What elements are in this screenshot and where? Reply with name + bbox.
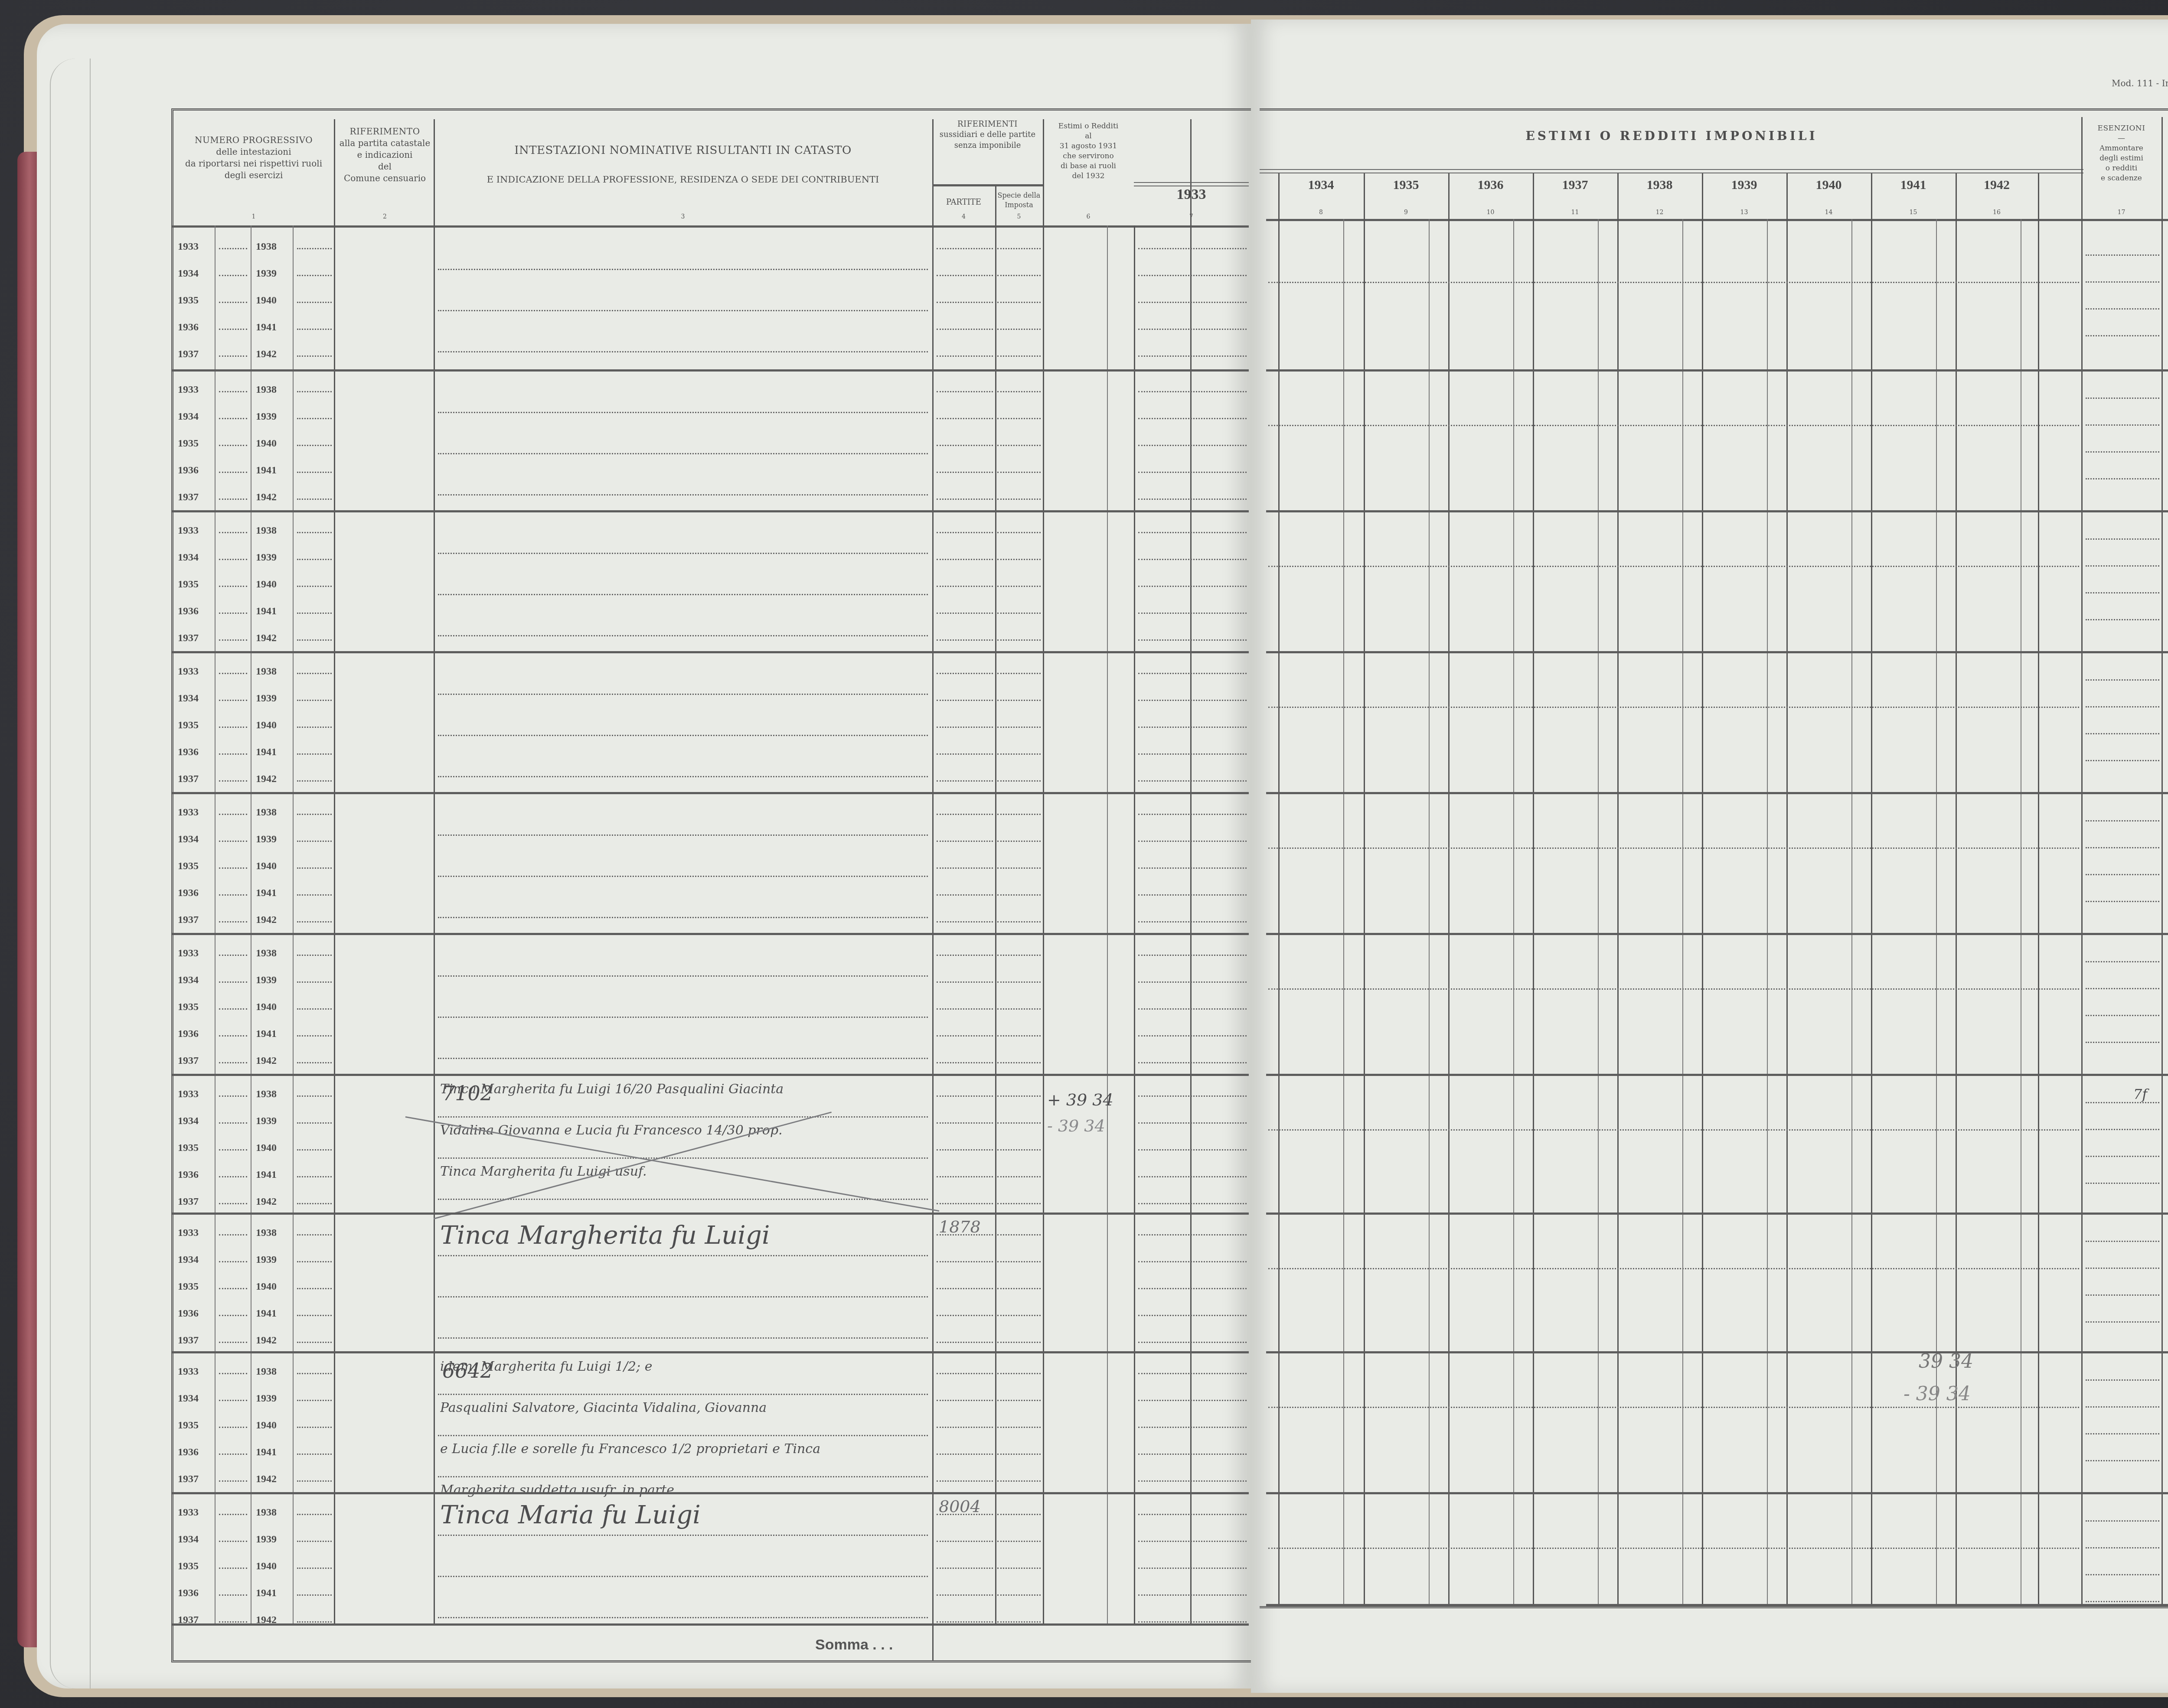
dotted-line	[219, 275, 247, 276]
year-label: 1937	[178, 914, 199, 926]
year-label: 1936	[178, 465, 199, 476]
dotted-line	[219, 867, 247, 869]
year-label: 1936	[178, 1447, 199, 1458]
year-label: 1936	[178, 322, 199, 333]
dotted-line	[937, 1541, 993, 1542]
dotted-line	[297, 673, 332, 674]
year-label: 1938	[256, 384, 277, 396]
dotted-line	[997, 814, 1041, 815]
year-label: 1939	[256, 1254, 277, 1266]
dotted-line	[297, 955, 332, 956]
header-riferimento-line: e indicazioni	[336, 149, 434, 161]
dotted-line	[937, 894, 993, 896]
year-label: 1934	[178, 1534, 199, 1545]
dotted-line	[219, 1008, 247, 1010]
page-edge-lines	[50, 59, 91, 1688]
year-label: 1939	[256, 1115, 277, 1127]
dotted-line	[997, 955, 1041, 956]
dotted-line	[2086, 706, 2159, 707]
dotted-line	[297, 1594, 332, 1596]
dotted-line	[1138, 1288, 1247, 1289]
dotted-line	[219, 1480, 247, 1482]
dotted-line	[297, 921, 332, 922]
dotted-line	[297, 472, 332, 473]
dotted-line	[297, 1480, 332, 1482]
column-divider	[2038, 173, 2039, 1604]
year-label: 1939	[256, 975, 277, 986]
year-label: 1935	[178, 579, 199, 590]
dotted-line	[219, 753, 247, 755]
dotted-line	[1138, 1315, 1247, 1316]
dotted-line	[1138, 753, 1247, 755]
dotted-line	[219, 1035, 247, 1037]
header-bottom-rule	[171, 225, 1249, 228]
value-1941-negative: - 39 34	[1904, 1383, 1971, 1405]
header-intestazioni-line: INTESTAZIONI NOMINATIVE RISULTANTI IN CA…	[434, 143, 932, 158]
column-divider	[1617, 173, 1619, 1604]
column-divider	[1786, 173, 1788, 1604]
dotted-line	[2086, 1406, 2159, 1408]
sub-header-rule	[932, 184, 1043, 186]
entry-partite: 1878	[939, 1217, 981, 1236]
dotted-line	[297, 499, 332, 500]
dotted-line	[997, 1594, 1041, 1596]
row-group-rule	[1266, 1492, 2168, 1494]
header-year: 1942	[1956, 178, 2038, 192]
sub-column-divider	[1343, 219, 1344, 1604]
year-label: 1941	[256, 1587, 277, 1599]
year-label: 1935	[178, 1420, 199, 1431]
year-label: 1933	[178, 807, 199, 818]
esenzioni-mark: 7f	[2133, 1086, 2147, 1102]
dotted-line	[1138, 586, 1247, 587]
text-line	[438, 494, 928, 495]
text-line	[438, 975, 928, 977]
dotted-line	[1138, 445, 1247, 446]
dotted-line	[2086, 1042, 2159, 1043]
mid-dotted-line	[1268, 1407, 2079, 1408]
text-line	[438, 1617, 928, 1618]
dotted-line	[297, 894, 332, 896]
dotted-line	[219, 355, 247, 357]
dotted-line	[997, 1008, 1041, 1010]
year-label: 1937	[178, 492, 199, 503]
dotted-line	[219, 1176, 247, 1177]
dotted-line	[2086, 424, 2159, 426]
dotted-line	[937, 955, 993, 956]
dotted-line	[997, 391, 1041, 392]
dotted-line	[997, 921, 1041, 922]
year-label: 1938	[256, 241, 277, 253]
dotted-line	[937, 329, 993, 330]
year-label: 1937	[178, 1335, 199, 1346]
dotted-line	[219, 1122, 247, 1124]
dotted-line	[2086, 1268, 2159, 1269]
dotted-line	[219, 1427, 247, 1428]
year-label: 1937	[178, 773, 199, 785]
column-number: 7	[1134, 213, 1249, 220]
dotted-line	[297, 1514, 332, 1515]
dotted-line	[997, 673, 1041, 674]
dotted-line	[219, 1062, 247, 1063]
year-label: 1938	[256, 1366, 277, 1378]
header-estimi-imponibili: ESTIMI O REDDITI IMPONIBILI	[1260, 128, 2083, 144]
dotted-line	[937, 780, 993, 782]
year-label: 1942	[256, 349, 277, 360]
year-label: 1936	[178, 1308, 199, 1320]
year-label: 1942	[256, 1473, 277, 1485]
column-number: 5	[995, 213, 1043, 220]
text-line	[438, 1017, 928, 1018]
year-label: 1939	[256, 1534, 277, 1545]
year-label: 1941	[256, 1169, 277, 1181]
dotted-line	[2086, 1574, 2159, 1575]
dotted-line	[2086, 1156, 2159, 1157]
dotted-line	[997, 1035, 1041, 1037]
dotted-line	[1138, 1514, 1247, 1515]
dotted-line	[1138, 1373, 1247, 1374]
dotted-line	[297, 586, 332, 587]
dotted-line	[2086, 733, 2159, 734]
dotted-line	[2086, 1129, 2159, 1130]
header-specie-imposta: Specie della Imposta	[995, 191, 1043, 209]
dotted-line	[297, 248, 332, 249]
dotted-line	[297, 1427, 332, 1428]
dotted-line	[297, 1062, 332, 1063]
dotted-line	[997, 1095, 1041, 1097]
dotted-line	[219, 1342, 247, 1343]
year-label: 1933	[178, 384, 199, 396]
year-label: 1938	[256, 807, 277, 818]
entry-name-line: Pasqualini Salvatore, Giacinta Vidalina,…	[440, 1400, 926, 1415]
dotted-line	[997, 1315, 1041, 1316]
row-group-rule	[171, 792, 1249, 794]
dotted-line	[1138, 391, 1247, 392]
dotted-line	[937, 1288, 993, 1289]
dotted-line	[937, 1176, 993, 1177]
header-estimi-1931-line: 31 agosto 1931	[1043, 141, 1134, 151]
column-divider	[1533, 173, 1534, 1604]
year-label: 1935	[178, 1001, 199, 1013]
dotted-line	[297, 753, 332, 755]
column-number: 8	[1278, 209, 1364, 216]
row-group-rule	[171, 510, 1249, 512]
text-line	[438, 1435, 928, 1436]
text-line	[438, 776, 928, 777]
dotted-line	[1138, 981, 1247, 983]
dotted-line	[2086, 451, 2159, 453]
column-number: 3	[434, 213, 932, 220]
dotted-line	[219, 1288, 247, 1289]
year-label: 1935	[178, 861, 199, 872]
dotted-line	[1138, 841, 1247, 842]
dotted-line	[2086, 1601, 2159, 1602]
dotted-line	[1138, 329, 1247, 330]
dotted-line	[997, 1234, 1041, 1235]
dotted-line	[937, 248, 993, 249]
column-divider	[1364, 173, 1365, 1604]
dotted-line	[219, 955, 247, 956]
dotted-line	[297, 275, 332, 276]
text-line	[438, 310, 928, 311]
dotted-line	[1138, 1234, 1247, 1235]
dotted-line	[219, 1373, 247, 1374]
dotted-line	[219, 727, 247, 728]
dotted-line	[219, 499, 247, 500]
dotted-line	[1138, 639, 1247, 641]
mid-dotted-line	[1268, 707, 2079, 708]
column-divider	[932, 1623, 934, 1660]
dotted-line	[1138, 302, 1247, 303]
dotted-line	[937, 1480, 993, 1482]
dotted-line	[297, 867, 332, 869]
column-divider	[1702, 173, 1703, 1604]
dotted-line	[937, 302, 993, 303]
dotted-line	[997, 613, 1041, 614]
dotted-line	[937, 639, 993, 641]
year-label: 1941	[256, 746, 277, 758]
dotted-line	[997, 1514, 1041, 1515]
dotted-line	[1138, 673, 1247, 674]
mid-dotted-line	[1268, 566, 2079, 567]
dotted-line	[937, 1203, 993, 1204]
dotted-line	[1138, 1427, 1247, 1428]
column-divider	[434, 119, 435, 1623]
dotted-line	[297, 391, 332, 392]
dotted-line	[1138, 1149, 1247, 1151]
dotted-line	[297, 1373, 332, 1374]
dotted-line	[997, 1480, 1041, 1482]
column-number: 10	[1448, 209, 1533, 216]
year-label: 1935	[178, 438, 199, 450]
dotted-line	[937, 1621, 993, 1623]
dotted-line	[219, 780, 247, 782]
dotted-line	[2086, 1294, 2159, 1296]
column-number: 18	[2161, 209, 2168, 216]
header-estimi-1931-line: di base ai ruoli	[1043, 161, 1134, 171]
header-year-1933: 1933	[1134, 186, 1249, 203]
dotted-line	[219, 841, 247, 842]
dotted-line	[219, 639, 247, 641]
dotted-line	[297, 1234, 332, 1235]
column-number: 17	[2081, 209, 2161, 216]
dotted-line	[2086, 874, 2159, 875]
dotted-line	[219, 814, 247, 815]
dotted-line	[1138, 1621, 1247, 1623]
dotted-line	[219, 1514, 247, 1515]
dotted-line	[997, 418, 1041, 419]
year-label: 1935	[178, 1142, 199, 1154]
dotted-line	[297, 302, 332, 303]
column-divider	[2081, 117, 2083, 1604]
year-label: 1942	[256, 492, 277, 503]
header-year: 1940	[1786, 178, 1871, 192]
entry-name-line: Tinca Maria fu Luigi	[440, 1500, 926, 1529]
year-label: 1933	[178, 1366, 199, 1378]
dotted-line	[1138, 1400, 1247, 1401]
text-line	[438, 1199, 928, 1200]
header-estimi-1931-line: del 1932	[1043, 171, 1134, 181]
text-line	[438, 1337, 928, 1339]
dotted-line	[997, 248, 1041, 249]
year-label: 1940	[256, 438, 277, 450]
dotted-line	[219, 472, 247, 473]
dotted-line	[219, 1261, 247, 1262]
dotted-line	[1138, 894, 1247, 896]
column-divider	[2161, 117, 2163, 1604]
year-label: 1942	[256, 773, 277, 785]
dotted-line	[997, 302, 1041, 303]
year-label: 1937	[178, 1055, 199, 1067]
dotted-line	[937, 921, 993, 922]
dotted-line	[219, 248, 247, 249]
year-label: 1933	[178, 666, 199, 678]
header-riferimento-line: Comune censuario	[336, 173, 434, 184]
column-divider	[995, 184, 996, 1623]
mid-dotted-line	[1268, 1268, 2079, 1269]
year-label: 1937	[178, 1196, 199, 1208]
dotted-line	[219, 445, 247, 446]
year-label: 1938	[256, 948, 277, 959]
header-specie-imposta-line: Specie della Imposta	[995, 191, 1043, 209]
year-label: 1940	[256, 861, 277, 872]
header-esenzioni-line: Ammontare	[2081, 143, 2161, 153]
row-group-rule	[171, 933, 1249, 935]
dotted-line	[1138, 1122, 1247, 1124]
dotted-line	[937, 1062, 993, 1063]
dotted-line	[937, 727, 993, 728]
year-header-rule	[1260, 169, 2083, 173]
sub-column-divider	[293, 225, 294, 1623]
text-line	[438, 453, 928, 454]
year-label: 1938	[256, 1507, 277, 1519]
dotted-line	[1138, 1594, 1247, 1596]
sub-column-divider	[215, 225, 215, 1623]
column-divider	[334, 119, 335, 1623]
dotted-line	[297, 1095, 332, 1097]
dotted-line	[219, 1594, 247, 1596]
dotted-line	[2086, 820, 2159, 821]
dotted-line	[937, 1261, 993, 1262]
dotted-line	[2086, 901, 2159, 902]
mid-dotted-line	[1268, 282, 2079, 283]
year-label: 1933	[178, 241, 199, 253]
dotted-line	[937, 867, 993, 869]
dotted-line	[219, 1400, 247, 1401]
dotted-line	[219, 1234, 247, 1235]
year-label: 1939	[256, 834, 277, 845]
header-riferimento-line: del	[336, 161, 434, 173]
dotted-line	[219, 981, 247, 983]
dotted-line	[297, 727, 332, 728]
dotted-line	[937, 391, 993, 392]
dotted-line	[1138, 472, 1247, 473]
column-number: 1	[173, 213, 334, 220]
dotted-line	[1138, 1568, 1247, 1569]
year-label: 1935	[178, 295, 199, 306]
row-group-rule	[171, 651, 1249, 653]
dotted-line	[297, 1035, 332, 1037]
header-riferimento: RIFERIMENTOalla partita catastalee indic…	[336, 126, 434, 184]
dotted-line	[937, 275, 993, 276]
dotted-line	[297, 1288, 332, 1289]
dotted-line	[2086, 281, 2159, 283]
dotted-line	[937, 700, 993, 701]
header-esenzioni-line: e scadenze	[2081, 173, 2161, 183]
header-bottom-rule	[1266, 219, 2168, 221]
dotted-line	[997, 1062, 1041, 1063]
sub-column-divider	[1682, 219, 1683, 1604]
dotted-line	[2086, 961, 2159, 962]
dotted-line	[937, 559, 993, 560]
column-divider	[1278, 173, 1280, 1604]
dotted-line	[297, 355, 332, 357]
sub-column-divider	[1107, 225, 1108, 1623]
year-label: 1940	[256, 295, 277, 306]
year-label: 1934	[178, 1254, 199, 1266]
year-label: 1939	[256, 268, 277, 280]
dotted-line	[937, 1373, 993, 1374]
dotted-line	[2086, 1015, 2159, 1016]
dotted-line	[219, 586, 247, 587]
year-label: 1937	[178, 632, 199, 644]
dotted-line	[1138, 1342, 1247, 1343]
dotted-line	[997, 499, 1041, 500]
dotted-line	[937, 1342, 993, 1343]
row-group-rule	[171, 1351, 1249, 1353]
dotted-line	[937, 1568, 993, 1569]
dotted-line	[997, 1261, 1041, 1262]
sub-column-divider	[1598, 219, 1599, 1604]
row-group-rule	[171, 369, 1249, 372]
dotted-line	[297, 329, 332, 330]
year-label: 1936	[178, 746, 199, 758]
dotted-line	[2086, 988, 2159, 989]
dotted-line	[297, 1203, 332, 1204]
dotted-line	[997, 1427, 1041, 1428]
dotted-line	[997, 532, 1041, 533]
dotted-line	[1138, 499, 1247, 500]
dotted-line	[2086, 1183, 2159, 1184]
row-group-rule	[1266, 1213, 2168, 1215]
dotted-line	[997, 355, 1041, 357]
entry-partite: 8004	[939, 1497, 981, 1516]
dotted-line	[937, 1122, 993, 1124]
text-line	[438, 1116, 928, 1118]
sub-column-divider	[1767, 219, 1768, 1604]
year-label: 1942	[256, 632, 277, 644]
text-line	[438, 917, 928, 918]
dotted-line	[997, 329, 1041, 330]
year-label: 1940	[256, 720, 277, 731]
column-number: 13	[1702, 209, 1786, 216]
header-esenzioni-line: o redditi	[2081, 163, 2161, 173]
text-line	[438, 1394, 928, 1395]
dotted-line	[219, 1095, 247, 1097]
dotted-line	[937, 981, 993, 983]
dotted-line	[997, 1149, 1041, 1151]
year-label: 1939	[256, 411, 277, 423]
year-label: 1939	[256, 693, 277, 704]
dotted-line	[1138, 814, 1247, 815]
dotted-line	[2086, 847, 2159, 848]
dotted-line	[297, 1621, 332, 1623]
dotted-line	[937, 418, 993, 419]
dotted-line	[997, 981, 1041, 983]
header-intestazioni: INTESTAZIONI NOMINATIVE RISULTANTI IN CA…	[434, 143, 932, 158]
dotted-line	[1138, 1480, 1247, 1482]
dotted-line	[1138, 921, 1247, 922]
